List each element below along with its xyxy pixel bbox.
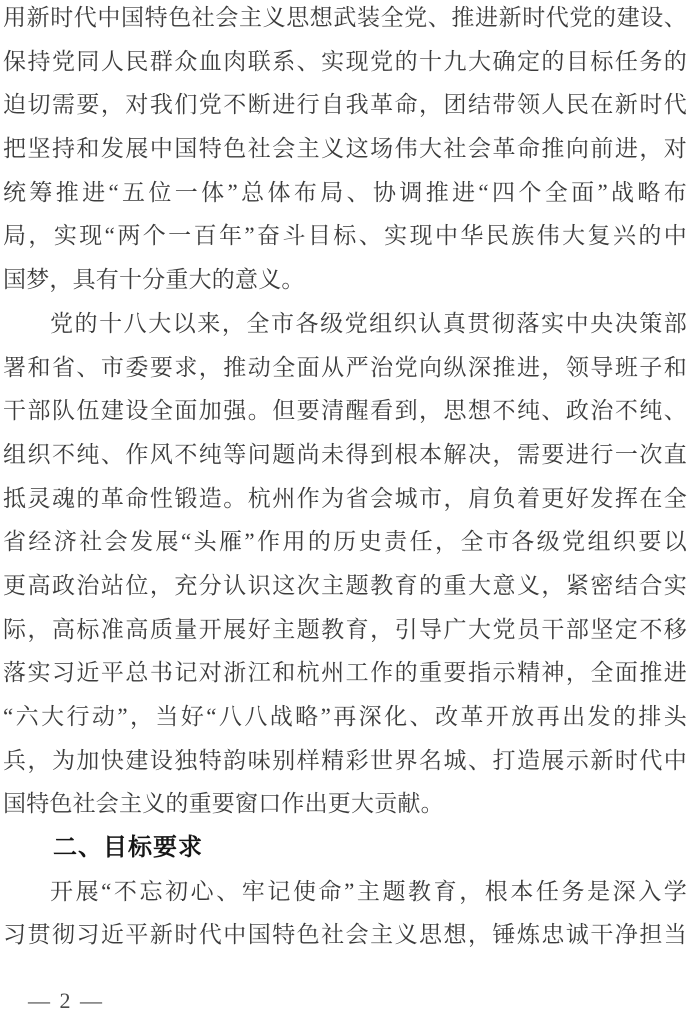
section-heading: 二、目标要求 <box>3 826 687 870</box>
text-line: 用新时代中国特色社会主义思想武装全党、推进新时代党的建设、 <box>3 0 687 40</box>
text-line: 更高政治站位，充分认识这次主题教育的重大意义，紧密结合实 <box>3 564 687 608</box>
text-line: 迫切需要，对我们党不断进行自我革命，团结带领人民在新时代 <box>3 83 687 127</box>
text-line: 干部队伍建设全面加强。但要清醒看到，思想不纯、政治不纯、 <box>3 389 687 433</box>
text-line: 兵，为加快建设独特韵味别样精彩世界名城、打造展示新时代中 <box>3 739 687 783</box>
text-line: 把坚持和发展中国特色社会主义这场伟大社会革命推向前进，对 <box>3 127 687 171</box>
page-number: — 2 — <box>28 988 104 1014</box>
text-line: 局，实现“两个一百年”奋斗目标、实现中华民族伟大复兴的中 <box>3 214 687 258</box>
text-line: 署和省、市委要求，推动全面从严治党向纵深推进，领导班子和 <box>3 346 687 390</box>
text-line: 党的十八大以来，全市各级党组织认真贯彻落实中央决策部 <box>3 302 687 346</box>
text-line: 抵灵魂的革命性锻造。杭州作为省会城市，肩负着更好发挥在全 <box>3 477 687 521</box>
text-line: 落实习近平总书记对浙江和杭州工作的重要指示精神，全面推进 <box>3 651 687 695</box>
document-page: 用新时代中国特色社会主义思想武装全党、推进新时代党的建设、 保持党同人民群众血肉… <box>0 0 689 1019</box>
text-line: 国特色社会主义的重要窗口作出更大贡献。 <box>3 782 687 826</box>
document-body: 用新时代中国特色社会主义思想武装全党、推进新时代党的建设、 保持党同人民群众血肉… <box>3 0 687 957</box>
text-line: 国梦，具有十分重大的意义。 <box>3 258 687 302</box>
text-line: 组织不纯、作风不纯等问题尚未得到根本解决，需要进行一次直 <box>3 433 687 477</box>
text-line: “六大行动”，当好“八八战略”再深化、改革开放再出发的排头 <box>3 695 687 739</box>
text-line: 统筹推进“五位一体”总体布局、协调推进“四个全面”战略布 <box>3 171 687 215</box>
text-line: 习贯彻习近平新时代中国特色社会主义思想，锤炼忠诚干净担当 <box>3 913 687 957</box>
text-line: 开展“不忘初心、牢记使命”主题教育，根本任务是深入学 <box>3 870 687 914</box>
text-line: 际，高标准高质量开展好主题教育，引导广大党员干部坚定不移 <box>3 608 687 652</box>
text-line: 保持党同人民群众血肉联系、实现党的十九大确定的目标任务的 <box>3 40 687 84</box>
text-line: 省经济社会发展“头雁”作用的历史责任，全市各级党组织要以 <box>3 520 687 564</box>
